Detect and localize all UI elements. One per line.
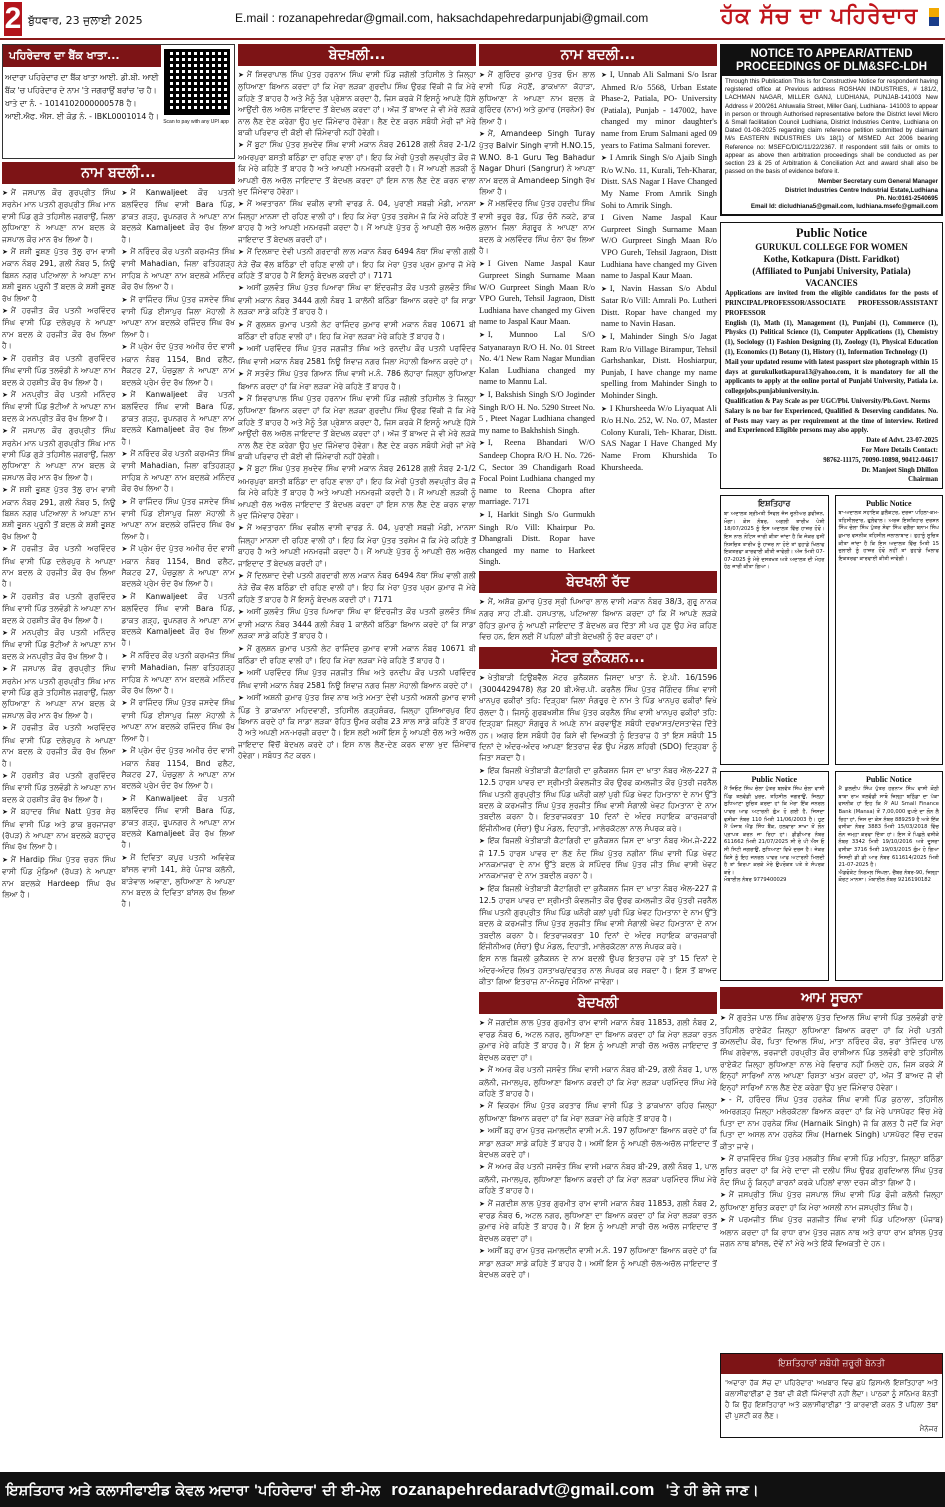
list-item: ਮੈਂ ਸ਼ਸ਼ੀ ਭੂਸ਼ਣ ਪੁੱਤਰ ਤੋਲੂ ਰਾਮ ਵਾਸੀ ਮਕਾਨ… xyxy=(2,246,116,304)
list-item: ਮੈਂ ਬੂਟਾ ਸਿੰਘ ਪੁੱਤਰ ਸੁਖਦੇਵ ਸਿੰਘ ਵਾਸੀ ਮਕਾ… xyxy=(238,139,476,197)
column-3: ਨਾਮ ਬਦਲੀ... ਮੈਂ ਗੁਰਿੰਦਰ ਕੁਮਾਰ ਪੁੱਤਰ ਓਮ ਲ… xyxy=(479,44,717,1466)
dlm-office: District Industries Centre Industrial Es… xyxy=(725,187,938,195)
list-item: ਮੈਂ ਸ਼ਿਵਰਾਪਾਲ ਸਿੰਘ ਪੁੱਤਰ ਹਰਨਾਮ ਸਿੰਘ ਵਾਸੀ… xyxy=(238,393,476,462)
list-item: ਮੈਂ ਗੁਲਸ਼ਨ ਕੁਮਾਰ ਪਤਨੀ ਲੇਟ ਰਾਜਿੰਦਰ ਕੁਮਾਰ … xyxy=(238,319,476,343)
list-item: ਮੈਂ ਪ੍ਰੇਮ ਚੰਦ ਪੁੱਤਰ ਅਮੀਰ ਚੰਦ ਵਾਸੀ ਮਕਾਨ ਨ… xyxy=(122,341,236,388)
dlm-signatory: Member Secretary cum General Manager xyxy=(725,178,938,186)
list-item: ਮੈਂ ਮਨਪ੍ਰੀਤ ਕੌਰ ਪਤਨੀ ਮਨਿੰਦਰ ਸਿੰਘ ਵਾਸੀ ਪਿ… xyxy=(2,627,116,662)
list-item: ਮੈਂ ਜਗਦੀਸ਼ ਲਾਲ ਪੁੱਤਰ ਗੁਰਮੀਤ ਰਾਮ ਵਾਸੀ ਮਕਾ… xyxy=(479,1198,717,1245)
public-notice-title: Public Notice xyxy=(724,775,825,784)
flag-icon xyxy=(929,8,939,26)
list-item: ਮੈਂ ਅਮਰ ਕੌਰ ਪਤਨੀ ਜਸਵੰਤ ਸਿੰਘ ਵਾਸੀ ਮਕਾਨ ਨੰ… xyxy=(479,1064,717,1099)
public-notice-body: ਮੈਂ ਕੁਲਦੀਪ ਸਿੰਘ ਪੁੱਤਰ ਹਰਨਾਮ ਸਿੰਘ ਵਾਸੀ ਕੋ… xyxy=(839,786,940,870)
list-item: ਮੈਂ ਅਵਤਾਰਨਾ ਸਿੰਘ ਵਕੀਲ ਵਾਸੀ ਵਾਰਡ ਨੰ. 04, … xyxy=(238,198,476,245)
list-item: ਮੈਂ ਹਰਜੀਤ ਕੌਰ ਪਤਨੀ ਅਰਵਿੰਦਰ ਸਿੰਘ ਵਾਸੀ ਪਿੰ… xyxy=(2,305,116,352)
list-item: ਇੱਕ ਬਿਜਲੀ ਖੇਤੀਬਾੜੀ ਕੈਟਾਗਿਰੀ ਦਾ ਕੁਨੈਕਸ਼ਨ … xyxy=(479,765,717,834)
advertisement-disclaimer: ਇਸ਼ਤਿਹਾਰਾਂ ਸਬੰਧੀ ਜ਼ਰੂਰੀ ਬੇਨਤੀ 'ਅਦਾਰਾ ਹੱਕ… xyxy=(720,1353,943,1438)
list-item: ਮੈਂ ਰਾਜਿੰਦਰ ਸਿੰਘ ਪੁੱਤਰ ਜਸਦੇਵ ਸਿੰਘ ਵਾਸੀ ਪ… xyxy=(122,294,236,341)
dlm-title-line-1: NOTICE TO APPEAR/ATTEND xyxy=(722,48,941,61)
list-item: ਮੈਂ ਦਿਵਿਤਾ ਕਪੂਰ ਪਤਨੀ ਅਵਿਵੇਕ ਬਾਂਸਲ ਵਾਸੀ 1… xyxy=(122,852,236,910)
court-notice: ਇਸ਼ਤਿਹਾਰ ਬਾ ਅਦਾਲਤ ਸ਼੍ਰੀਮਤੀ ਸਿਵਲ ਜੱਜ ਜੂਨੀ… xyxy=(720,495,829,765)
gurukul-subjects: English (1), Math (1), Management (1), P… xyxy=(725,319,938,358)
list-item: ਮੈਂ ਜਸਪਾਲ ਕੌਰ ਗੁਰਪ੍ਰੀਤ ਸਿੰਘ ਸਰਨੇਮ ਮਾਨ ਪਤ… xyxy=(2,425,116,483)
footer-banner: ਇਸ਼ਤਿਹਾਰ ਅਤੇ ਕਲਾਸੀਫਾਈਡ ਕੇਵਲ ਅਦਾਰਾ 'ਪਹਿਰੇ… xyxy=(0,1472,945,1507)
list-item: ਮੈਂ, ਅਸ਼ੋਕ ਕੁਮਾਰ ਪੁੱਤਰ ਸ੍ਰੀ ਪਿਆਰਾ ਲਾਲ ਵਾ… xyxy=(479,596,717,643)
list-item: ਮੈਂ ਅਮਰ ਕੌਰ ਪਤਨੀ ਜਸਵੰਤ ਸਿੰਘ ਵਾਸੀ ਮਕਾਨ ਨੰ… xyxy=(479,1161,717,1196)
list-item: I Given Name Jaspal Kaur Gurpreet Singh … xyxy=(479,258,595,329)
issue-date: ਬੁੱਧਵਾਰ, 23 ਜੁਲਾਈ 2025 xyxy=(28,14,143,28)
list-item: ਮੈਂ ਰਾਜਿੰਦਰ ਸਿੰਘ ਪੁੱਤਰ ਜਸਦੇਵ ਸਿੰਘ ਵਾਸੀ ਪ… xyxy=(122,496,236,543)
list-item: ਮੈਂ ਪ੍ਰੇਮ ਚੰਦ ਪੁੱਤਰ ਅਮੀਰ ਚੰਦ ਵਾਸੀ ਮਕਾਨ ਨ… xyxy=(122,543,236,590)
gurukul-date: Date of Advt. 23-07-2025 xyxy=(725,436,938,446)
dlm-notice-body: Through this Publication This is for Con… xyxy=(722,76,941,178)
gurukul-apply: Mail your updated resume with latest pas… xyxy=(725,358,938,397)
list-item: ਮੈਂ, Amandeep Singh Turay ਪੁੱਤਰ Balvir S… xyxy=(479,128,595,197)
dlm-email[interactable]: Email Id: dicludhiana5@gmail.com, ludhia… xyxy=(725,203,938,211)
section-banner-disinheritance: ਬੇਦਖ਼ਲੀ... xyxy=(238,44,476,66)
column-4: NOTICE TO APPEAR/ATTEND PROCEEDINGS OF D… xyxy=(720,44,943,1466)
gurukul-posts: Applications are invited from the eligib… xyxy=(725,289,938,318)
court-notice-body: ਬਾ ਅਦਾਲਤ ਸ਼੍ਰੀਮਤੀ ਸਿਵਲ ਜੱਜ ਜੂਨੀਅਰ ਡਵੀਜ਼ਨ… xyxy=(724,511,825,572)
gurukul-affiliation: (Affiliated to Punjabi University, Patia… xyxy=(725,265,938,277)
public-notice-gpa-lost: Public Notice ਮੈਂ ਜਿਓਣ ਸਿੰਘ ਚੇਲਾ ਪੁੱਤਰ ਬ… xyxy=(720,771,829,981)
list-item: ਮੈਂ ਬਹਾਦਰ ਸਿੰਘ Natt ਪੁੱਤਰ ਸ਼ੇਰ ਸਿੰਘ ਵਾਸੀ… xyxy=(2,806,116,853)
list-item: ਮੈਂ ਰਾਜਿੰਦਰ ਸਿੰਘ ਪੁੱਤਰ ਜਸਦੇਵ ਸਿੰਘ ਵਾਸੀ ਪ… xyxy=(122,697,236,744)
section-banner-disinheritance-2: ਬੇਦਖਲੀ xyxy=(479,992,717,1014)
dlm-title-line-2: PROCEEDINGS OF DLM&SFC-LDH xyxy=(722,61,941,74)
list-item: ਮੈਂ ਹਰਸ਼ੀਤ ਕੋਰ ਪਤਨੀ ਗੁਰਵਿੰਦਰ ਸਿੰਘ ਵਾਸੀ ਪ… xyxy=(2,591,116,626)
list-item: ਮੈਂ ਜਸਪ੍ਰੀਤ ਸਿੰਘ ਪੁੱਤਰ ਜਸਪਾਲ ਸਿੰਘ ਵਾਸੀ ਪ… xyxy=(720,1189,943,1213)
section-banner-motor-connection: ਮੋਟਰ ਕੁਨੈਕਸ਼ਨ... xyxy=(479,647,717,669)
list-item: I Amrik Singh S/o Ajaib Singh R/o W.No. … xyxy=(601,152,717,211)
list-item: ਅਸੀਂ ਪਰਵਿੰਦਰ ਸਿੰਘ ਪੁੱਤਰ ਜਗਜੀਤ ਸਿੰਘ ਅਤੇ ਰ… xyxy=(238,667,476,691)
list-item: ਮੈਂ ਅਵਤਾਰਨਾ ਸਿੰਘ ਵਕੀਲ ਵਾਸੀ ਵਾਰਡ ਨੰ. 04, … xyxy=(238,522,476,569)
list-item: ਮੈਂ ਹਰਜੀਤ ਕੌਰ ਪਤਨੀ ਅਰਵਿੰਦਰ ਸਿੰਘ ਵਾਸੀ ਪਿੰ… xyxy=(2,722,116,769)
name-change-left-2: ਮੈਂ ਗੁਰਿੰਦਰ ਕੁਮਾਰ ਪੁੱਤਰ ਓਮ ਲਾਲ ਵਾਸੀ ਪਿੰਡ… xyxy=(479,69,595,569)
gurukul-signatory: Dr. Manjeet Singh Dhillon xyxy=(725,466,938,476)
list-item: ਅਸੀਂ ਬਹੁ ਰਾਮ ਪੁੱਤਰ ਜਮਾਲਦੀਨ ਵਾਸੀ ਮ.ਨੰ. 19… xyxy=(479,1245,717,1280)
list-item: ਮੈਂ ਸ਼ਿਵਰਾਪਾਲ ਸਿੰਘ ਪੁੱਤਰ ਹਰਨਾਮ ਸਿੰਘ ਵਾਸੀ… xyxy=(238,69,476,138)
list-item: ਅਸੀਂ ਕੁਲਵੰਤ ਸਿੰਘ ਪੁੱਤਰ ਪਿਆਰਾ ਸਿੰਘ ਵਾ ਇੰਦ… xyxy=(238,606,476,641)
public-notice-tehsildar: Public Notice ਬਾ-ਅਦਾਲਤ ਸਹਾਇਕ ਕੁਲੈਕਟਰ, ਦਰ… xyxy=(835,495,944,765)
list-item: ਮੈਂ ਗੁਰਿੰਦਰ ਕੁਮਾਰ ਪੁੱਤਰ ਓਮ ਲਾਲ ਵਾਸੀ ਪਿੰਡ… xyxy=(479,69,595,127)
list-item: ਮੈਂ ਸਤਵੰਤ ਸਿੰਘ ਪੁੱਤਰ ਗਿਆਨ ਸਿੰਘ ਵਾਸੀ ਮ.ਨੰ… xyxy=(238,368,476,392)
list-item: I, Harkit Singh S/o Gurmukh Singh R/o Vi… xyxy=(479,509,595,568)
list-item: ਅਸੀਂ ਕੁਲਵੰਤ ਸਿੰਘ ਪੁੱਤਰ ਪਿਆਰਾ ਸਿੰਘ ਵਾ ਇੰਦ… xyxy=(238,282,476,317)
list-item: ਮੈਂ ਬੂਟਾ ਸਿੰਘ ਪੁੱਤਰ ਸੁਖਦੇਵ ਸਿੰਘ ਵਾਸੀ ਮਕਾ… xyxy=(238,463,476,521)
list-item: I, Reena Bhandari W/O Sandeep Chopra R/O… xyxy=(479,437,595,508)
name-change-list-2: ਮੈਂ ਗੁਰਿੰਦਰ ਕੁਮਾਰ ਪੁੱਤਰ ਓਮ ਲਾਲ ਵਾਸੀ ਪਿੰਡ… xyxy=(479,69,717,569)
header-email[interactable]: E.mail : rozanapehredar@gmail.com, haksa… xyxy=(235,11,648,25)
list-item: I, Mahinder Singh S/o Jagat Ram R/o Vill… xyxy=(601,331,717,402)
list-item: ਮੈਂ Kanwaljeet ਕੌਰ ਪਤਨੀ ਬਲਵਿੰਦਰ ਸਿੰਘ ਵਾਸ… xyxy=(122,793,236,851)
list-item: I, Unnab Ali Salmani S/o Israr Ahmed R/o… xyxy=(601,69,717,151)
list-item: ਖੇਤੀਬਾੜੀ ਟਿਊਬਵੈੱਲ ਮੋਟਰ ਕੁਨੈਕਸ਼ਨ ਜਿਸਦਾ ਖਾ… xyxy=(479,672,717,764)
gurukul-vacancy-notice: Public Notice GURUKUL COLLEGE FOR WOMEN … xyxy=(720,222,943,489)
public-notice-body: ਬਾ-ਅਦਾਲਤ ਸਹਾਇਕ ਕੁਲੈਕਟਰ, ਦਰਜਾ ਪਹਿਲਾ-ਕਮ-ਤਹ… xyxy=(839,510,940,563)
gurukul-designation: Chairman xyxy=(725,475,938,485)
qr-caption: Scan to pay with any UPI app xyxy=(160,119,232,125)
dlm-phone: Ph. No:0161-2540695 xyxy=(725,195,938,203)
list-item: ਮੈਂ ਹਰਸ਼ੀਤ ਕੋਰ ਪਤਨੀ ਗੁਰਵਿੰਦਰ ਸਿੰਘ ਵਾਸੀ ਪ… xyxy=(2,353,116,388)
list-item: ਮੈਂ Kanwaljeet ਕੌਰ ਪਤਨੀ ਬਲਵਿੰਦਰ ਸਿੰਘ ਵਾਸ… xyxy=(122,389,236,447)
list-item: ਮੈਂ ਪਰਮਜੀਤ ਸਿੰਘ ਪੁੱਤਰ ਜਗਜੀਤ ਸਿੰਘ ਵਾਸੀ ਪਿ… xyxy=(720,1214,943,1249)
bank-title: ਪਹਿਰੇਦਾਰ ਦਾ ਬੈਂਕ ਖਾਤਾ... xyxy=(3,45,161,67)
list-item: ਅਸੀਂ ਪਰਵਿੰਦਰ ਸਿੰਘ ਪੁੱਤਰ ਜਗਜੀਤ ਸਿੰਘ ਅਤੇ ਰ… xyxy=(238,343,476,367)
list-item: ਮੈਂ ਮਨਪ੍ਰੀਤ ਕੌਰ ਪਤਨੀ ਮਨਿੰਦਰ ਸਿੰਘ ਵਾਸੀ ਪਿ… xyxy=(2,389,116,424)
list-item: ਮੈਂ ਸ਼ਸ਼ੀ ਭੂਸ਼ਣ ਪੁੱਤਰ ਤੋਲੂ ਰਾਮ ਵਾਸੀ ਮਕਾਨ… xyxy=(2,484,116,542)
list-item: I Given Name Jaspal Kaur Gurpreet Singh … xyxy=(601,212,717,282)
list-item: ਮੈਂ ਪ੍ਰੇਮ ਚੰਦ ਪੁੱਤਰ ਅਮੀਰ ਚੰਦ ਵਾਸੀ ਮਕਾਨ ਨ… xyxy=(122,745,236,792)
list-item: ਮੈਂ ਨਰਿੰਦਰ ਕੌਰ ਪਤਨੀ ਕਰਮਜੋਤ ਸਿੰਘ ਵਾਸੀ Mah… xyxy=(122,448,236,495)
section-banner-general-notice: ਆਮ ਸੂਚਨਾ xyxy=(720,987,943,1009)
list-item: ਮੈਂ ਨਰਿੰਦਰ ਕੌਰ ਪਤਨੀ ਕਰਮਜੋਤ ਸਿੰਘ ਵਾਸੀ Mah… xyxy=(122,650,236,697)
bank-account-box: ਪਹਿਰੇਦਾਰ ਦਾ ਬੈਂਕ ਖਾਤਾ... ਅਦਾਰਾ ਪਹਿਰੇਦਾਰ … xyxy=(2,44,235,159)
list-item: ਅਸੀਂ ਅਸ਼ਨੀ ਕੁਮਾਰ ਪੁੱਤਰ ਸ਼ਿਵ ਨਾਥ ਅਤੇ ਮਮਤਾ… xyxy=(238,692,476,761)
public-notice-title: Public Notice xyxy=(839,499,940,508)
list-item: ਮੈਂ ਹਰਜੀਤ ਕੌਰ ਪਤਨੀ ਅਰਵਿੰਦਰ ਸਿੰਘ ਵਾਸੀ ਪਿੰ… xyxy=(2,543,116,590)
qr-code-icon[interactable] xyxy=(164,49,230,115)
list-item: ਮੈਂ Kanwaljeet ਕੌਰ ਪਤਨੀ ਬਲਵਿੰਦਰ ਸਿੰਘ ਵਾਸ… xyxy=(122,591,236,649)
list-item: ਮੈਂ Kanwaljeet ਕੌਰ ਪਤਨੀ ਬਲਵਿੰਦਰ ਸਿੰਘ ਵਾਸ… xyxy=(122,187,236,245)
list-item: ਮੈਂ ਜਸਪਾਲ ਕੌਰ ਗੁਰਪ੍ਰੀਤ ਸਿੰਘ ਸਰਨੇਮ ਮਾਨ ਪਤ… xyxy=(2,663,116,721)
list-item: ਮੈਂ ਦਿਲਸ਼ਾਦ ਦੇਵੀ ਪਤਨੀ ਗਰਦਾਰੀ ਲਾਲ ਮਕਾਨ ਨੰ… xyxy=(238,570,476,605)
section-banner-cancel-disinheritance: ਬੇਦਖਲੀ ਰੱਦ xyxy=(479,571,717,593)
list-item: ਮੈਂ ਜਗਦੀਸ਼ ਲਾਲ ਪੁੱਤਰ ਗੁਰਮੀਤ ਰਾਮ ਵਾਸੀ ਮਕਾ… xyxy=(479,1017,717,1064)
disclaimer-sign: ਮੈਨੇਜਰ xyxy=(721,1424,942,1437)
name-change-right-2: I, Unnab Ali Salmani S/o Israr Ahmed R/o… xyxy=(601,69,717,569)
list-item: ਮੈਂ ਦਿਲਸ਼ਾਦ ਦੇਵੀ ਪਤਨੀ ਗਰਦਾਰੀ ਲਾਲ ਮਕਾਨ ਨੰ… xyxy=(238,246,476,281)
gurukul-qualification: Qualification & Pay Scale as per UGC/Pbi… xyxy=(725,397,938,407)
newspaper-logo: ਹੱਕ ਸੱਚ ਦਾ ਪਹਿਰੇਦਾਰ xyxy=(721,4,941,29)
small-notices-row-2: Public Notice ਮੈਂ ਜਿਓਣ ਸਿੰਘ ਚੇਲਾ ਪੁੱਤਰ ਬ… xyxy=(720,771,943,981)
name-change-left: ਮੈਂ ਜਸਪਾਲ ਕੌਰ ਗੁਰਪ੍ਰੀਤ ਸਿੰਘ ਸਰਨੇਮ ਮਾਨ ਪਤ… xyxy=(2,187,116,911)
name-change-list: ਮੈਂ ਜਸਪਾਲ ਕੌਰ ਗੁਰਪ੍ਰੀਤ ਸਿੰਘ ਸਰਨੇਮ ਮਾਨ ਪਤ… xyxy=(2,187,235,911)
list-item: - ਮੈਂ, ਹਰਿੰਦਰ ਸਿੰਘ ਪੁੱਤਰ ਹਰਨੇਕ ਸਿੰਘ ਵਾਸੀ… xyxy=(720,1094,943,1152)
disclaimer-title: ਇਸ਼ਤਿਹਾਰਾਂ ਸਬੰਧੀ ਜ਼ਰੂਰੀ ਬੇਨਤੀ xyxy=(721,1354,942,1374)
gurukul-salary: Salary is no bar for Experienced, Qualif… xyxy=(725,407,938,436)
list-item: ਮੈਂ ਗੁਰਤੇਜ ਪਾਲ ਸਿੰਘ ਗਰੇਵਾਲ ਪੁੱਤਰ ਦਿਆਲ ਸਿ… xyxy=(720,1012,943,1093)
list-item: ਮੈਂ ਨਰਿੰਦਰ ਕੌਰ ਪਤਨੀ ਕਰਮਜੋਤ ਸਿੰਘ ਵਾਸੀ Mah… xyxy=(122,246,236,293)
list-item: I Khursheeda W/o Liyaquat Ali R/o H.No. … xyxy=(601,403,717,474)
list-item: ਮੈਂ ਹਰਸ਼ੀਤ ਕੋਰ ਪਤਨੀ ਗੁਰਵਿੰਦਰ ਸਿੰਘ ਵਾਸੀ ਪ… xyxy=(2,770,116,805)
public-notice-body: ਮੈਂ ਜਿਓਣ ਸਿੰਘ ਚੇਲਾ ਪੁੱਤਰ ਬਲਵੰਤ ਸਿੰਘ ਚੇਲਾ… xyxy=(724,786,825,877)
public-notice-mobile: ਮੋਬਾਈਲ ਨੰਬਰ 9779400029 xyxy=(724,877,825,885)
list-item: ਇਸ ਨਾਲ ਬਿਜਲੀ ਕੁਨੈਕਸ਼ਨ ਦੇ ਨਾਮ ਬਦਲੀ ਉਪਰ ਇਤ… xyxy=(479,953,717,987)
list-item: ਮੈਂ ਜਸਪਾਲ ਕੌਰ ਗੁਰਪ੍ਰੀਤ ਸਿੰਘ ਸਰਨੇਮ ਮਾਨ ਪਤ… xyxy=(2,187,116,245)
disclaimer-body: 'ਅਦਾਰਾ ਹੱਕ ਸੱਚ ਦਾ ਪਹਿਰੇਦਾਰ' ਅਖ਼ਬਾਰ ਵਿਚ ਛ… xyxy=(721,1374,942,1424)
footer-text-after: 'ਤੇ ਹੀ ਭੇਜੇ ਜਾਣ। xyxy=(665,1483,758,1499)
dlm-notice-title: NOTICE TO APPEAR/ATTEND PROCEEDINGS OF D… xyxy=(722,46,941,76)
public-notice-advocate: ਐਡਵੋਕੇਟ ਨਿਰਮਲ ਸਿੰਘਲਾ, ਚੈਂਬਰ ਨੰਬਰ-90, ਜ਼ਿ… xyxy=(839,870,940,885)
list-item: I, Bakshish Singh S/O Joginder Singh R/O… xyxy=(479,389,595,436)
list-item: ਮੈਂ ਗੁਲਸ਼ਨ ਕੁਮਾਰ ਪਤਨੀ ਲੇਟ ਰਾਜਿੰਦਰ ਕੁਮਾਰ … xyxy=(238,643,476,667)
dlm-signature: Member Secretary cum General Manager Dis… xyxy=(722,178,941,214)
footer-email[interactable]: rozanapehredaradvt@gmail.com xyxy=(391,1480,654,1499)
list-item: ਮੈਂ ਮਲਵਿੰਦਰ ਸਿੰਘ ਪੁੱਤਰ ਹਰਦੀਪ ਸਿੰਘ ਵਾਸੀ ਭ… xyxy=(479,198,595,256)
dlm-notice: NOTICE TO APPEAR/ATTEND PROCEEDINGS OF D… xyxy=(720,44,943,216)
list-item: ਇੱਕ ਬਿਜਲੀ ਖੇਤੀਬਾੜੀ ਕੈਟਾਗਿਰੀ ਦਾ ਕੁਨੈਕਸ਼ਨ … xyxy=(479,883,717,952)
column-1: ਪਹਿਰੇਦਾਰ ਦਾ ਬੈਂਕ ਖਾਤਾ... ਅਦਾਰਾ ਪਹਿਰੇਦਾਰ … xyxy=(2,44,235,1466)
list-item: I, Navin Hassan S/o Abdul Satar R/o Vill… xyxy=(601,283,717,330)
masthead: 2 ਬੁੱਧਵਾਰ, 23 ਜੁਲਾਈ 2025 E.mail : rozana… xyxy=(0,0,945,40)
footer-text-before: ਇਸ਼ਤਿਹਾਰ ਅਤੇ ਕਲਾਸੀਫਾਈਡ ਕੇਵਲ ਅਦਾਰਾ 'ਪਹਿਰੇ… xyxy=(6,1483,380,1499)
bank-details: ਅਦਾਰਾ ਪਹਿਰੇਦਾਰ ਦਾ ਬੈਂਕ ਖਾਤਾ ਆਈ. ਡੀ.ਬੀ. ਆ… xyxy=(5,71,161,123)
section-banner-name-change-2: ਨਾਮ ਬਦਲੀ... xyxy=(479,44,717,66)
gurukul-title: Public Notice xyxy=(725,226,938,241)
gurukul-location: Kothe, Kotkapura (Distt. Faridkot) xyxy=(725,253,938,265)
page-number: 2 xyxy=(4,2,22,36)
section-banner-name-change: ਨਾਮ ਬਦਲੀ... xyxy=(2,162,235,184)
list-item: ਮੈਂ ਵਿਕਰਮ ਸਿੰਘ ਪੁੱਤਰ ਕਰਤਾਰ ਸਿੰਘ ਵਾਸੀ ਪਿੰ… xyxy=(479,1100,717,1124)
list-item: ਮੈਂ Hardip ਸਿੰਘ ਪੁੱਤਰ ਚਰਨ ਸਿੰਘ ਵਾਸੀ ਪਿੰਡ… xyxy=(2,854,116,901)
public-notice-title: Public Notice xyxy=(839,775,940,784)
gurukul-vacancies: VACANCIES xyxy=(725,277,938,289)
name-change-right: ਮੈਂ Kanwaljeet ਕੌਰ ਪਤਨੀ ਬਲਵਿੰਦਰ ਸਿੰਘ ਵਾਸ… xyxy=(122,187,236,911)
gurukul-college: GURUKUL COLLEGE FOR WOMEN xyxy=(725,241,938,253)
list-item: ਮੈਂ ਰਾਜਵਿੰਦਰ ਸਿੰਘ ਪੁੱਤਰ ਮਲਕੀਤ ਸਿੰਘ ਵਾਸੀ … xyxy=(720,1153,943,1188)
public-notice-bank-loan: Public Notice ਮੈਂ ਕੁਲਦੀਪ ਸਿੰਘ ਪੁੱਤਰ ਹਰਨਾ… xyxy=(835,771,944,981)
small-notices-row-1: ਇਸ਼ਤਿਹਾਰ ਬਾ ਅਦਾਲਤ ਸ਼੍ਰੀਮਤੀ ਸਿਵਲ ਜੱਜ ਜੂਨੀ… xyxy=(720,495,943,765)
court-notice-title: ਇਸ਼ਤਿਹਾਰ xyxy=(724,499,825,509)
column-2: ਬੇਦਖ਼ਲੀ... ਮੈਂ ਸ਼ਿਵਰਾਪਾਲ ਸਿੰਘ ਪੁੱਤਰ ਹਰਨਾ… xyxy=(238,44,476,1466)
gurukul-phones: 98762-11175, 70090-10898, 90412-04617 xyxy=(725,456,938,466)
list-item: I, Munnoo Lal S/O Satyanarayn R/O H. No.… xyxy=(479,329,595,388)
gurukul-contact-label: For More Details Contact: xyxy=(725,446,938,456)
list-item: ਇੱਕ ਬਿਜਲੀ ਖੇਤੀਬਾੜੀ ਕੈਟਾਗਿਰੀ ਦਾ ਕੁਨੈਕਸ਼ਨ … xyxy=(479,835,717,882)
list-item: ਅਸੀਂ ਬਹੁ ਰਾਮ ਪੁੱਤਰ ਜਮਾਲਦੀਨ ਵਾਸੀ ਮ.ਨੰ. 19… xyxy=(479,1125,717,1160)
brand-name: ਹੱਕ ਸੱਚ ਦਾ ਪਹਿਰੇਦਾਰ xyxy=(721,4,919,29)
